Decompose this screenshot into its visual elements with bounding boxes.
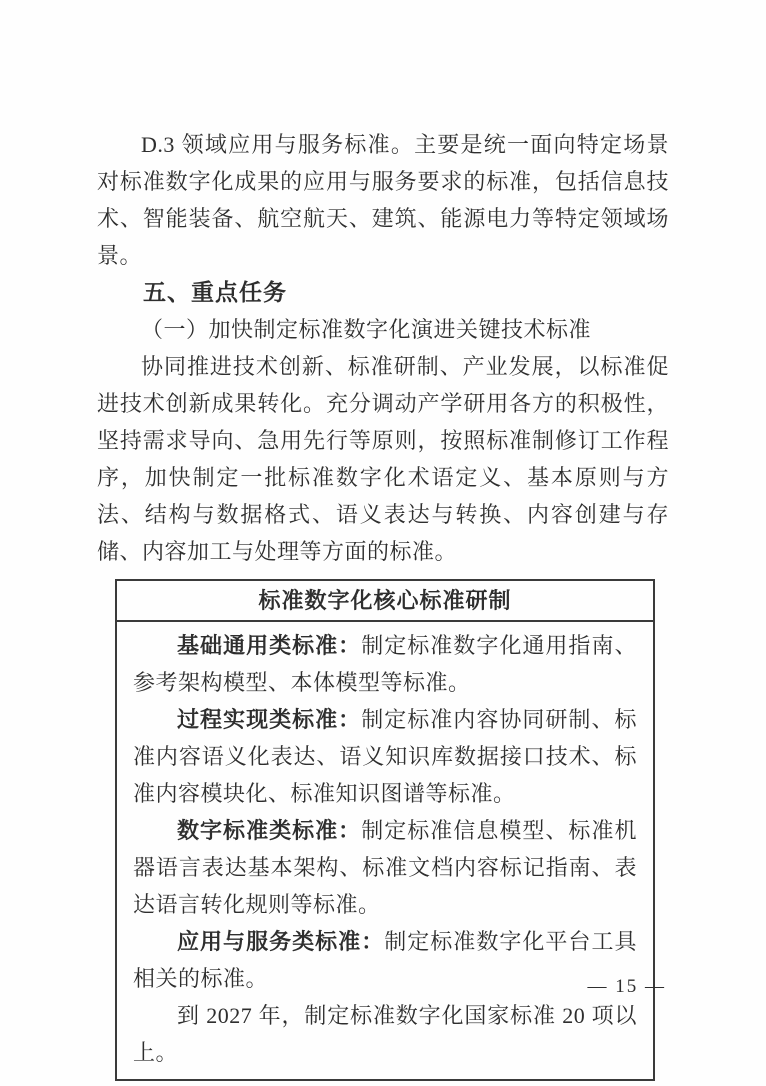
document-page: D.3 领域应用与服务标准。主要是统一面向特定场景对标准数字化成果的应用与服务要… xyxy=(0,0,766,1086)
box-item-application-service-standards: 应用与服务类标准：制定标准数字化平台工具相关的标准。 xyxy=(133,923,637,997)
box-item-basic-general-standards: 基础通用类标准：制定标准数字化通用指南、参考架构模型、本体模型等标准。 xyxy=(133,627,637,701)
core-standards-development-box: 标准数字化核心标准研制 基础通用类标准：制定标准数字化通用指南、参考架构模型、本… xyxy=(115,579,655,1081)
paragraph-tasks-intro: 协同推进技术创新、标准研制、产业发展，以标准促进技术创新成果转化。充分调动产学研… xyxy=(97,348,669,570)
box-body: 基础通用类标准：制定标准数字化通用指南、参考架构模型、本体模型等标准。 过程实现… xyxy=(117,622,653,1079)
page-number: — 15 — xyxy=(588,976,667,998)
paragraph-d3-domain-application-service-standards: D.3 领域应用与服务标准。主要是统一面向特定场景对标准数字化成果的应用与服务要… xyxy=(97,126,669,274)
box-goal-2027: 到 2027 年，制定标准数字化国家标准 20 项以上。 xyxy=(133,997,637,1071)
box-item-label: 基础通用类标准： xyxy=(177,633,361,658)
box-item-digital-standard-standards: 数字标准类标准：制定标准信息模型、标准机器语言表达基本架构、标准文档内容标记指南… xyxy=(133,812,637,923)
box-item-label: 过程实现类标准： xyxy=(177,707,361,732)
section-heading-key-tasks: 五、重点任务 xyxy=(97,274,669,311)
box-item-label: 数字标准类标准： xyxy=(177,818,361,843)
box-title-core-standards-development: 标准数字化核心标准研制 xyxy=(117,581,653,622)
box-item-label: 应用与服务类标准： xyxy=(177,929,384,954)
box-item-process-implementation-standards: 过程实现类标准：制定标准内容协同研制、标准内容语义化表达、语义知识库数据接口技术… xyxy=(133,701,637,812)
subsection-heading-accelerate-key-technical-standards: （一）加快制定标准数字化演进关键技术标准 xyxy=(97,311,669,348)
page-content: D.3 领域应用与服务标准。主要是统一面向特定场景对标准数字化成果的应用与服务要… xyxy=(97,126,669,1081)
